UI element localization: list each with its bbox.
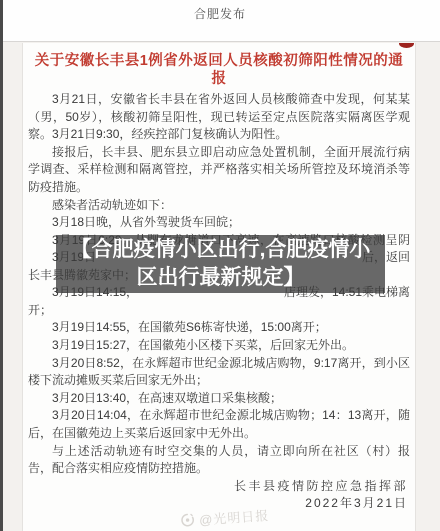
activity-line: 3月18日晚，从省外驾驶货车回皖；	[28, 214, 410, 232]
header-bar: 合肥发布	[0, 0, 440, 42]
notice-paragraph: 感染者活动轨迹如下：	[28, 197, 410, 215]
left-edge-strip	[0, 0, 3, 531]
notice-closing-paragraph: 与上述活动轨迹有时空交集的人员，请立即向所在社区（村）报告，配合落实相应疫情防控…	[28, 443, 410, 478]
header-title: 合肥发布	[194, 5, 246, 22]
notice-paragraph: 接报后，长丰县、肥东县立即启动应急处置机制，全面开展流行病学调查、采样检测和隔离…	[28, 144, 410, 197]
caption-overlay-text: 【合肥疫情小区出行,合肥疫情小区出行最新规定】	[67, 236, 375, 292]
activity-line-continuation: 开；	[28, 302, 410, 320]
activity-line: 3月20日14:04，在永辉超市世纪金源北城店购物；14：13离开，随后，在国徽…	[28, 407, 410, 442]
notice-title: 关于安徽长丰县1例省外返回人员核酸初筛阳性情况的通报	[28, 49, 410, 91]
notice-intro-block: 3月21日，安徽省长丰县在省外返回人员核酸筛查中发现，何某某（男，50岁），核酸…	[28, 91, 410, 249]
weibo-eye-icon	[180, 512, 196, 528]
activity-line: 3月19日14:55，在国徽苑S6栋寄快递，15:00离开；	[28, 319, 410, 337]
screenshot-root: 合肥发布 关于安徽长丰县1例省外返回人员核酸初筛阳性情况的通报 3月21日，安徽…	[0, 0, 440, 531]
notice-paragraph: 3月21日，安徽省长丰县在省外返回人员核酸筛查中发现，何某某（男，50岁），核酸…	[28, 91, 410, 144]
notice-body: 3月21日，安徽省长丰县在省外返回人员核酸筛查中发现，何某某（男，50岁），核酸…	[28, 91, 410, 513]
activity-line: 3月19日15:27，在国徽苑小区楼下买菜，后回家无外出。	[28, 337, 410, 355]
signature-org: 长丰县疫情防控应急指挥部	[28, 478, 410, 496]
caption-overlay: 【合肥疫情小区出行,合肥疫情小区出行最新规定】	[56, 235, 385, 293]
activity-line: 3月20日8:52，在永辉超市世纪金源北城店购物，9:17离开，到小区楼下流动摊…	[28, 355, 410, 390]
activity-line: 3月20日13:40，在高速双墩道口采集核酸；	[28, 390, 410, 408]
